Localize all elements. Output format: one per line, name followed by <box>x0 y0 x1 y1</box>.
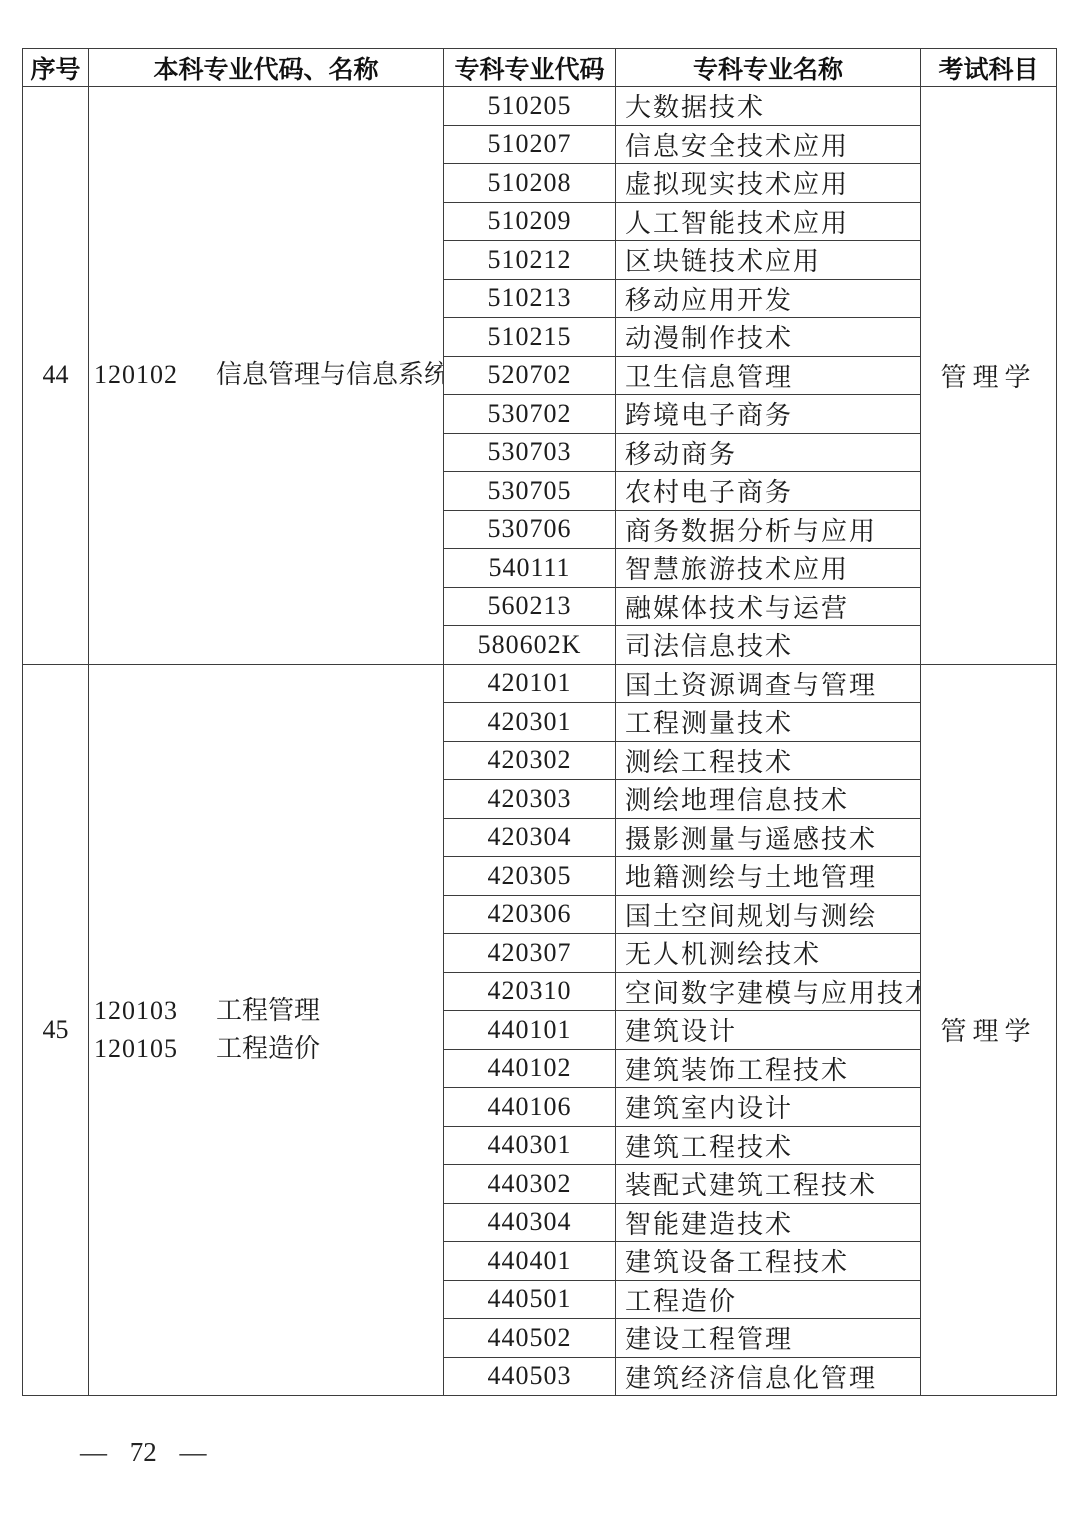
undergrad-code: 120103 <box>94 992 178 1030</box>
vocational-name-cell: 商务数据分析与应用 <box>616 510 921 549</box>
vocational-name-cell: 空间数字建模与应用技术 <box>616 972 921 1011</box>
vocational-name-cell: 跨境电子商务 <box>616 395 921 434</box>
undergrad-name: 工程造价 <box>216 1034 320 1063</box>
serial-cell: 44 <box>23 87 89 665</box>
vocational-code-cell: 440301 <box>444 1126 616 1165</box>
vocational-code-cell: 540111 <box>444 549 616 588</box>
vocational-code-cell: 560213 <box>444 587 616 626</box>
vocational-name-cell: 虚拟现实技术应用 <box>616 164 921 203</box>
undergrad-code: 120105 <box>94 1030 178 1068</box>
table-row: 45120103工程管理120105工程造价420101国土资源调查与管理管理学 <box>23 664 1057 703</box>
serial-cell: 45 <box>23 664 89 1396</box>
vocational-code-cell: 440302 <box>444 1165 616 1204</box>
vocational-code-cell: 440503 <box>444 1357 616 1396</box>
undergrad-name: 信息管理与信息系统 <box>216 360 444 389</box>
vocational-name-cell: 装配式建筑工程技术 <box>616 1165 921 1204</box>
vocational-code-cell: 420301 <box>444 703 616 742</box>
col-header-serial: 序号 <box>23 49 89 87</box>
vocational-name-cell: 移动应用开发 <box>616 279 921 318</box>
vocational-name-cell: 建筑设备工程技术 <box>616 1242 921 1281</box>
vocational-code-cell: 510208 <box>444 164 616 203</box>
undergrad-major-line: 120105工程造价 <box>94 1030 443 1068</box>
col-header-undergrad: 本科专业代码、名称 <box>89 49 444 87</box>
vocational-name-cell: 建筑设计 <box>616 1011 921 1050</box>
majors-table: 序号 本科专业代码、名称 专科专业代码 专科专业名称 考试科目 44120102… <box>22 48 1057 1396</box>
vocational-code-cell: 440101 <box>444 1011 616 1050</box>
vocational-name-cell: 无人机测绘技术 <box>616 934 921 973</box>
vocational-code-cell: 440304 <box>444 1203 616 1242</box>
vocational-code-cell: 510207 <box>444 125 616 164</box>
vocational-name-cell: 建筑室内设计 <box>616 1088 921 1127</box>
vocational-name-cell: 智慧旅游技术应用 <box>616 549 921 588</box>
vocational-name-cell: 摄影测量与遥感技术 <box>616 818 921 857</box>
vocational-name-cell: 移动商务 <box>616 433 921 472</box>
vocational-code-cell: 510209 <box>444 202 616 241</box>
vocational-name-cell: 信息安全技术应用 <box>616 125 921 164</box>
vocational-code-cell: 530705 <box>444 472 616 511</box>
vocational-name-cell: 区块链技术应用 <box>616 241 921 280</box>
vocational-name-cell: 工程造价 <box>616 1280 921 1319</box>
vocational-code-cell: 510212 <box>444 241 616 280</box>
vocational-name-cell: 国土资源调查与管理 <box>616 664 921 703</box>
vocational-name-cell: 人工智能技术应用 <box>616 202 921 241</box>
vocational-name-cell: 大数据技术 <box>616 87 921 126</box>
vocational-code-cell: 420306 <box>444 895 616 934</box>
vocational-name-cell: 建筑工程技术 <box>616 1126 921 1165</box>
vocational-code-cell: 530703 <box>444 433 616 472</box>
vocational-name-cell: 工程测量技术 <box>616 703 921 742</box>
vocational-code-cell: 420307 <box>444 934 616 973</box>
vocational-name-cell: 测绘地理信息技术 <box>616 780 921 819</box>
vocational-name-cell: 融媒体技术与运营 <box>616 587 921 626</box>
vocational-code-cell: 510213 <box>444 279 616 318</box>
vocational-name-cell: 卫生信息管理 <box>616 356 921 395</box>
vocational-code-cell: 440102 <box>444 1049 616 1088</box>
vocational-code-cell: 420304 <box>444 818 616 857</box>
vocational-code-cell: 420303 <box>444 780 616 819</box>
undergrad-name: 工程管理 <box>216 996 320 1025</box>
vocational-name-cell: 建筑经济信息化管理 <box>616 1357 921 1396</box>
col-header-exam: 考试科目 <box>921 49 1057 87</box>
undergrad-cell: 120103工程管理120105工程造价 <box>89 664 444 1396</box>
header-row: 序号 本科专业代码、名称 专科专业代码 专科专业名称 考试科目 <box>23 49 1057 87</box>
vocational-code-cell: 420310 <box>444 972 616 1011</box>
vocational-code-cell: 440106 <box>444 1088 616 1127</box>
vocational-code-cell: 420305 <box>444 857 616 896</box>
vocational-code-cell: 420302 <box>444 741 616 780</box>
vocational-name-cell: 智能建造技术 <box>616 1203 921 1242</box>
vocational-code-cell: 440501 <box>444 1280 616 1319</box>
exam-subject-cell: 管理学 <box>921 664 1057 1396</box>
vocational-code-cell: 580602K <box>444 626 616 665</box>
undergrad-major-line: 120103工程管理 <box>94 992 443 1030</box>
undergrad-code: 120102 <box>94 356 178 394</box>
vocational-code-cell: 520702 <box>444 356 616 395</box>
vocational-name-cell: 司法信息技术 <box>616 626 921 665</box>
vocational-code-cell: 530706 <box>444 510 616 549</box>
vocational-name-cell: 农村电子商务 <box>616 472 921 511</box>
vocational-name-cell: 建筑装饰工程技术 <box>616 1049 921 1088</box>
vocational-code-cell: 440401 <box>444 1242 616 1281</box>
col-header-voc-name: 专科专业名称 <box>616 49 921 87</box>
page: 序号 本科专业代码、名称 专科专业代码 专科专业名称 考试科目 44120102… <box>0 0 1080 1513</box>
vocational-name-cell: 建设工程管理 <box>616 1319 921 1358</box>
undergrad-major-line: 120102信息管理与信息系统 <box>94 356 443 394</box>
vocational-name-cell: 地籍测绘与土地管理 <box>616 857 921 896</box>
vocational-code-cell: 440502 <box>444 1319 616 1358</box>
col-header-voc-code: 专科专业代码 <box>444 49 616 87</box>
vocational-code-cell: 510205 <box>444 87 616 126</box>
vocational-code-cell: 510215 <box>444 318 616 357</box>
vocational-code-cell: 530702 <box>444 395 616 434</box>
vocational-name-cell: 测绘工程技术 <box>616 741 921 780</box>
vocational-code-cell: 420101 <box>444 664 616 703</box>
exam-subject-cell: 管理学 <box>921 87 1057 665</box>
vocational-name-cell: 动漫制作技术 <box>616 318 921 357</box>
page-number: — 72 — <box>80 1437 207 1468</box>
undergrad-cell: 120102信息管理与信息系统 <box>89 87 444 665</box>
table-row: 44120102信息管理与信息系统510205大数据技术管理学 <box>23 87 1057 126</box>
vocational-name-cell: 国土空间规划与测绘 <box>616 895 921 934</box>
